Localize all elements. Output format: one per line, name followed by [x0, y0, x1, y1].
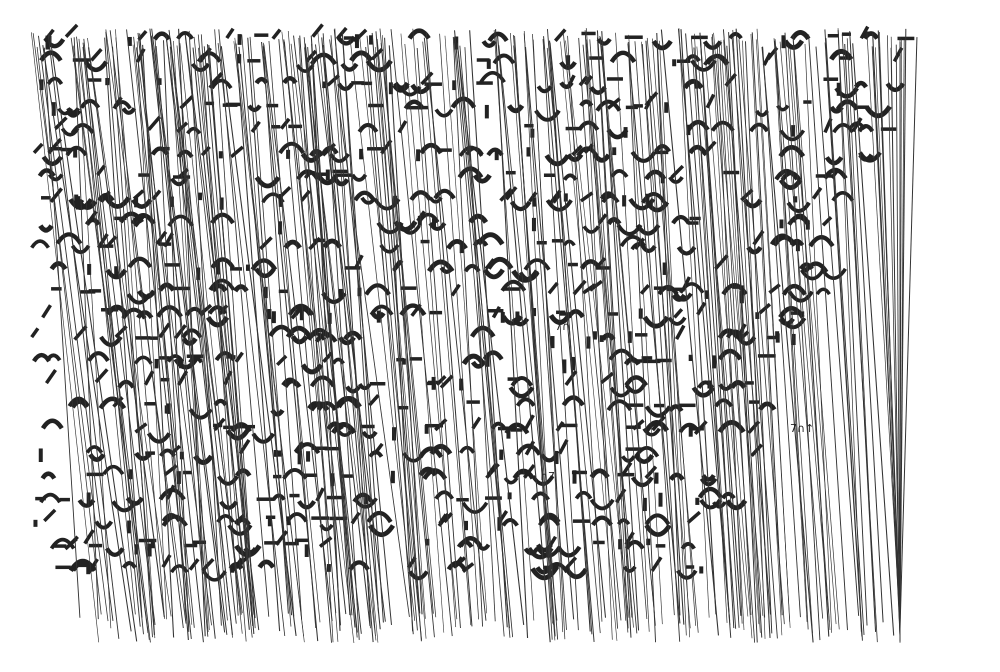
svg-text:7∩: 7∩: [555, 320, 570, 333]
svg-text:7∩↑: 7∩↑: [790, 422, 814, 435]
svg-text:∩7: ∩7: [540, 470, 555, 483]
glyph-lines-canvas: 7∩7∩↑∩7: [0, 0, 1000, 672]
